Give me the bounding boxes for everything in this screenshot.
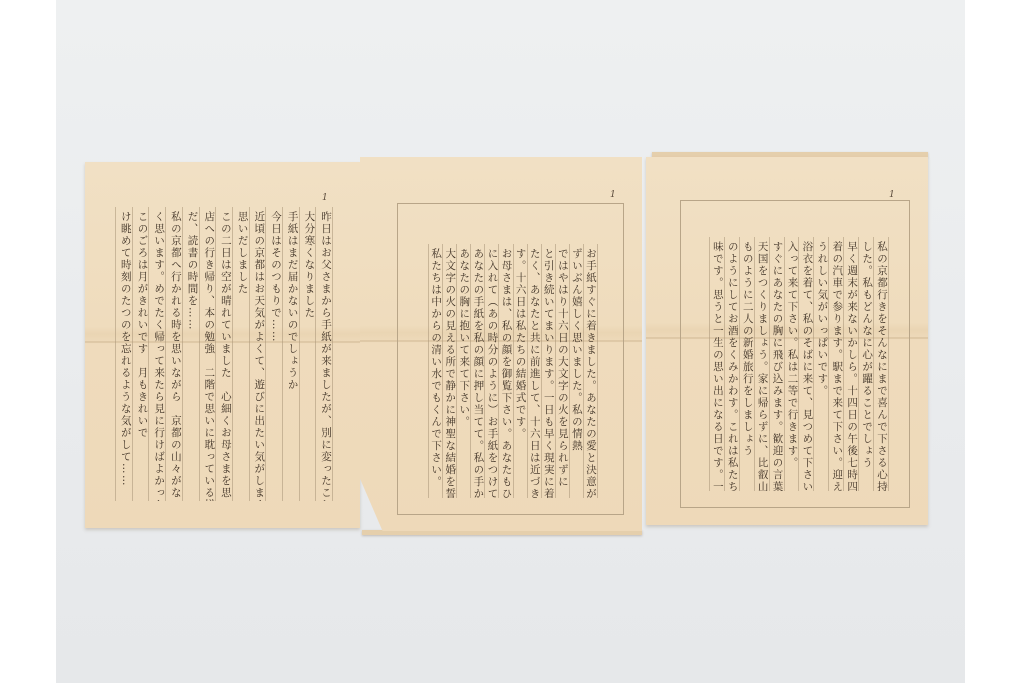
- text-column: この二日は空が晴れていました 心細くお母さまを思っています: [215, 207, 232, 501]
- letter-page-1: 1 昨日はお父さまから手紙が来ましたが、別に変ったことは書いてありません 大分寒…: [85, 162, 360, 528]
- text-column: ではやはり十六日の大文字の火を見られずに: [555, 244, 569, 498]
- text-column: 私の京都行きをそんなにまで喜んで下さる心持ち 思いま: [873, 237, 889, 491]
- text-column: け眺めて時刻のたつのを忘れるような気がして……: [115, 207, 132, 501]
- text-column: あなたの胸に抱いて来て下さい。: [456, 244, 470, 498]
- text-column: お母さまは、私の顔を御覧下さい。あなたもひとつ: [498, 244, 512, 498]
- ruled-columns: 私の京都行きをそんなにまで喜んで下さる心持ち 思いま した。私もどんなに心が躍る…: [709, 237, 889, 487]
- text-column: に入れて（あの時分のように）お手紙をつけて置いて下さい。そして: [484, 244, 498, 498]
- text-column: 私たちは中からの清い水でもくんで下さい。: [428, 244, 442, 498]
- text-column: と引き続いてまいります。一日も早く現実に着きたい: [541, 244, 555, 498]
- letter-page-3: 1 私の京都行きをそんなにまで喜んで下さる心持ち 思いま した。私もどんなに心が…: [646, 157, 928, 525]
- text-column: すぐにあなたの胸に飛び込みます。歓迎の言葉を引き: [769, 237, 784, 491]
- text-column: 味です。思うと一生の思い出になる日です。一日を捧げて: [709, 237, 724, 491]
- ruled-columns: 昨日はお父さまから手紙が来ましたが、別に変ったことは書いてありません 大分寒くな…: [115, 207, 333, 497]
- page-number: 1: [610, 190, 616, 200]
- text-column: だ、読書の時間を……: [182, 207, 199, 501]
- text-column: 手紙はまだ届かないのでしょうか: [282, 207, 299, 501]
- text-column: 店への行き帰り、本の勉強 二階で思いに耽っている様子: [199, 207, 216, 501]
- text-column: 天国をつくりましょう。家に帰らずに、比叡山: [754, 237, 769, 491]
- text-column: うれしい気がいっぱいです。: [813, 237, 828, 491]
- text-column: 近頃の京都はお天気がよくて、遊びに出たい気がします: [249, 207, 266, 501]
- text-column: たく、あなたと共に前進して、十六日は近づきます: [527, 244, 541, 498]
- text-column: す。十六日は私たちの結婚式です。: [513, 244, 527, 498]
- text-column: 大文字の火の見える所で静かに神聖な結婚を誓い、: [442, 244, 456, 498]
- page-number: 1: [322, 193, 328, 203]
- text-column: した。私もどんなに心が躍ることでしょう: [858, 237, 873, 491]
- text-column: ものように二人の新婚旅行をしましょう: [739, 237, 754, 491]
- text-column: 大分寒くなりました: [299, 207, 316, 501]
- text-column: あなたの手紙を私の顔に押し当てて。私の手から離れて: [470, 244, 484, 498]
- text-column: お手紙すぐに着きました。あなたの愛と決意が解り: [583, 244, 598, 498]
- text-column: 今日はそのつもりで……: [265, 207, 282, 501]
- text-column: のようにしてお酒をくみかわす。これは私たちの新婚旅行の意: [724, 237, 739, 491]
- text-column: 昨日はお父さまから手紙が来ましたが、別に変ったことは書いてありません: [315, 207, 333, 501]
- text-column: 早く週末が来ないかしら。十四日の午後七時四十九分京都: [843, 237, 858, 491]
- letter-page-2: 1 お手紙すぐに着きました。あなたの愛と決意が解り ずいぶん嬉しく思いました。私…: [360, 157, 642, 531]
- ruled-columns: お手紙すぐに着きました。あなたの愛と決意が解り ずいぶん嬉しく思いました。私の情…: [428, 244, 598, 494]
- text-column: 入って来て下さい。私は二等で行きます。: [784, 237, 799, 491]
- page-number: 1: [889, 190, 895, 200]
- text-column: このごろは月がきれいです 月もきれいで: [132, 207, 149, 501]
- text-column: 思いだしました: [232, 207, 249, 501]
- text-column: 私の京都へ行かれる時を思いながら 京都の山々がなつかしく: [165, 207, 182, 501]
- text-column: 浴衣を着て、私のそばに来て、見つめて下さい: [798, 237, 813, 491]
- text-column: ずいぶん嬉しく思いました。私の情熱: [569, 244, 583, 498]
- text-column: く思います。めでたく帰って来たら見に行けばよかったと: [148, 207, 165, 501]
- text-column: 着の汽車で参ります。駅まで来て下さい。迎えに来て下さい: [828, 237, 843, 491]
